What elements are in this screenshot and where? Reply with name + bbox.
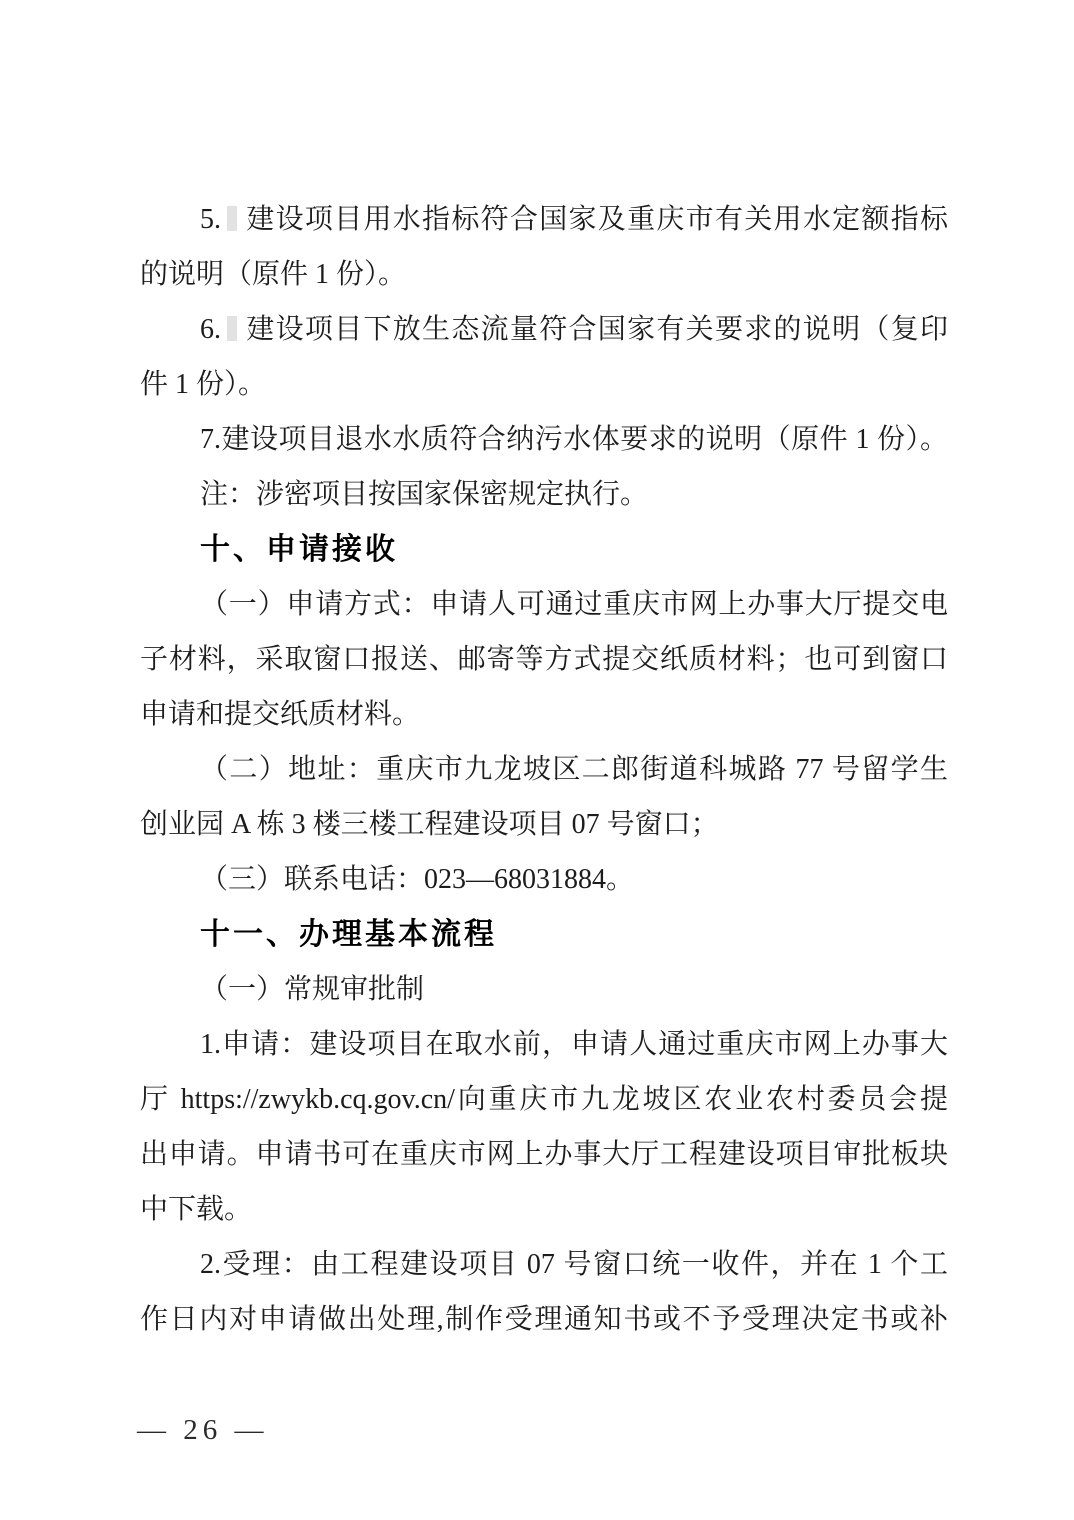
line-text: （三）联系电话：023—68031884。 [200, 864, 634, 895]
line-text: 十一、办理基本流程 [200, 918, 497, 951]
line-text: 建设项目用水指标符合国家及重庆市有关用水定额指标 [245, 204, 948, 235]
line-text: 7.建设项目退水水质符合纳污水体要求的说明（原件 1 份）。 [200, 424, 948, 455]
document-page: { "page": { "background": "#ffffff", "bo… [0, 0, 1074, 1520]
text-line: 5.建设项目用水指标符合国家及重庆市有关用水定额指标 [140, 192, 948, 247]
text-line: （一）申请方式：申请人可通过重庆市网上办事大厅提交电 [140, 577, 948, 632]
list-number: 6. [200, 314, 221, 345]
text-line: 申请和提交纸质材料。 [140, 687, 948, 742]
section-heading: 十、申请接收 [140, 522, 948, 577]
line-text: 创业园 A 栋 3 楼三楼工程建设项目 07 号窗口； [140, 809, 719, 840]
list-number: 5. [200, 204, 221, 235]
page-footer: — 26 — [137, 1406, 269, 1454]
text-line: 中下载。 [140, 1182, 948, 1237]
line-text: 子材料，采取窗口报送、邮寄等方式提交纸质材料；也可到窗口 [140, 644, 948, 675]
line-text: （二）地址：重庆市九龙坡区二郎街道科城路 77 号留学生 [200, 754, 948, 785]
line-text: 作日内对申请做出处理,制作受理通知书或不予受理决定书或补 [140, 1304, 948, 1335]
text-line: 出申请。申请书可在重庆市网上办事大厅工程建设项目审批板块 [140, 1127, 948, 1182]
section-heading: 十一、办理基本流程 [140, 907, 948, 962]
text-line: 6.建设项目下放生态流量符合国家有关要求的说明（复印 [140, 302, 948, 357]
line-text: 申请和提交纸质材料。 [140, 699, 420, 730]
document-body: 5.建设项目用水指标符合国家及重庆市有关用水定额指标的说明（原件 1 份）。6.… [140, 192, 948, 1347]
line-text: 建设项目下放生态流量符合国家有关要求的说明（复印 [245, 314, 948, 345]
line-text: 十、申请接收 [200, 533, 398, 566]
text-line: 注：涉密项目按国家保密规定执行。 [140, 467, 948, 522]
scan-artifact-mark [227, 206, 237, 231]
text-line: 件 1 份）。 [140, 357, 948, 412]
text-line: （二）地址：重庆市九龙坡区二郎街道科城路 77 号留学生 [140, 742, 948, 797]
line-text: 件 1 份）。 [140, 369, 266, 400]
text-line: 子材料，采取窗口报送、邮寄等方式提交纸质材料；也可到窗口 [140, 632, 948, 687]
line-text: 注：涉密项目按国家保密规定执行。 [200, 479, 648, 510]
text-line: 1.申请：建设项目在取水前，申请人通过重庆市网上办事大 [140, 1017, 948, 1072]
line-text: 中下载。 [140, 1194, 252, 1225]
text-line: 创业园 A 栋 3 楼三楼工程建设项目 07 号窗口； [140, 797, 948, 852]
line-text: 的说明（原件 1 份）。 [140, 259, 406, 290]
line-text: （一）申请方式：申请人可通过重庆市网上办事大厅提交电 [200, 589, 948, 620]
text-line: （一）常规审批制 [140, 962, 948, 1017]
text-line: 厅 https://zwykb.cq.gov.cn/向重庆市九龙坡区农业农村委员… [140, 1072, 948, 1127]
text-line: 7.建设项目退水水质符合纳污水体要求的说明（原件 1 份）。 [140, 412, 948, 467]
line-text: （一）常规审批制 [200, 974, 424, 1005]
text-line: （三）联系电话：023—68031884。 [140, 852, 948, 907]
scan-artifact-mark [227, 316, 237, 341]
line-text: 厅 https://zwykb.cq.gov.cn/向重庆市九龙坡区农业农村委员… [140, 1084, 948, 1115]
line-text: 出申请。申请书可在重庆市网上办事大厅工程建设项目审批板块 [140, 1139, 948, 1170]
page-number: — 26 — [137, 1414, 269, 1446]
text-line: 2.受理：由工程建设项目 07 号窗口统一收件，并在 1 个工 [140, 1237, 948, 1292]
text-line: 的说明（原件 1 份）。 [140, 247, 948, 302]
text-line: 作日内对申请做出处理,制作受理通知书或不予受理决定书或补 [140, 1292, 948, 1347]
line-text: 2.受理：由工程建设项目 07 号窗口统一收件，并在 1 个工 [200, 1249, 948, 1280]
line-text: 1.申请：建设项目在取水前，申请人通过重庆市网上办事大 [200, 1029, 948, 1060]
